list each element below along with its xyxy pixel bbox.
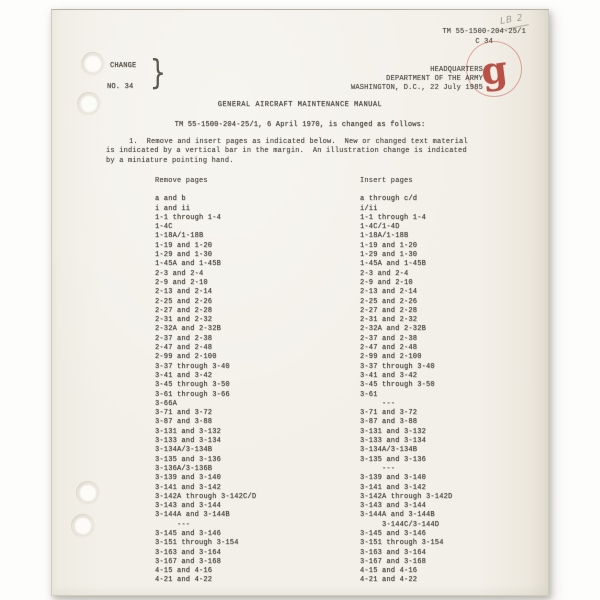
page-list-row: ---3-144C/3-144D [155,521,533,530]
page-list-row: 3-61 through 3-663-61 [155,391,533,400]
page-list-row: 3-151 through 3-1543-151 through 3-154 [155,539,533,548]
insert-page-entry: 3-151 through 3-154 [360,539,533,548]
page-list-row: 2-47 and 2-482-47 and 2-48 [155,344,533,353]
remove-page-entry: 3-41 and 3-42 [155,372,360,381]
insert-page-entry: 3-135 and 3-136 [360,456,533,465]
document-subtitle: TM 55-1500-204-25/1, 6 April 1970, is ch… [52,121,548,130]
remove-page-entry: a and b [155,195,360,204]
stamp-letter: g [479,51,509,91]
instruction-paragraph: 1. Remove and insert pages as indicated … [106,138,514,166]
page-list-row: 3-37 through 3-403-37 through 3-40 [155,363,533,372]
remove-page-entry: 3-135 and 3-136 [155,456,360,465]
remove-page-entry: 3-134A/3-134B [155,446,360,455]
page-list-row: 2-27 and 2-282-27 and 2-28 [155,307,533,316]
brace-glyph: } [150,56,166,90]
page-list-row: 3-134A/3-134B3-134A/3-134B [155,446,533,455]
page-list-row: 3-41 and 3-423-41 and 3-42 [155,372,533,381]
page-list-row: 3-145 and 3-1463-145 and 3-146 [155,530,533,539]
remove-page-entry: 3-144A and 3-144B [155,511,360,520]
remove-page-entry: 4-21 and 4-22 [155,576,360,585]
insert-page-entry: 3-61 [360,391,533,400]
remove-page-entry: 3-151 through 3-154 [155,539,360,548]
page-list-row: 1-1 through 1-41-1 through 1-4 [155,214,533,223]
insert-page-entry: 2-3 and 2-4 [360,270,533,279]
remove-page-entry: 3-131 and 3-132 [155,428,360,437]
page-list-row: 2-9 and 2-102-9 and 2-10 [155,279,533,288]
remove-page-entry: 3-143 and 3-144 [155,502,360,511]
page-list-row: 3-136A/3-136B--- [155,465,533,474]
remove-page-entry: 2-37 and 2-38 [155,335,360,344]
insert-page-entry: 2-9 and 2-10 [360,279,533,288]
remove-page-entry: 2-25 and 2-26 [155,298,360,307]
page-list-row: i and iii/ii [155,205,533,214]
insert-page-entry: 3-145 and 3-146 [360,530,533,539]
remove-page-entry: 3-133 and 3-134 [155,437,360,446]
page-list-row: 2-32A and 2-32B2-32A and 2-32B [155,325,533,334]
insert-page-entry: 4-21 and 4-22 [360,576,533,585]
insert-page-entry: i/ii [360,205,533,214]
remove-page-entry: 3-145 and 3-146 [155,530,360,539]
page-list-row: 3-135 and 3-1363-135 and 3-136 [155,456,533,465]
org-line-1: HEADQUARTERS [351,66,483,75]
change-label: CHANGE [110,62,136,71]
page-list-row: 3-144A and 3-144B3-144A and 3-144B [155,511,533,520]
insert-page-entry: 3-163 and 3-164 [360,549,533,558]
remove-page-entry: 2-99 and 2-100 [155,353,360,362]
remove-page-entry: 2-32A and 2-32B [155,325,360,334]
insert-page-entry: 3-41 and 3-42 [360,372,533,381]
page-list-row: 3-131 and 3-1323-131 and 3-132 [155,428,533,437]
remove-page-entry: 1-1 through 1-4 [155,214,360,223]
page-list-row: 1-19 and 1-201-19 and 1-20 [155,242,533,251]
remove-page-entry: 3-87 and 3-88 [155,418,360,427]
page-list: Remove pages Insert pages a and ba throu… [155,177,533,586]
change-number: NO. 34 [107,83,133,92]
paragraph-line: is indicated by a vertical bar in the ma… [106,147,514,156]
page-list-row: 4-21 and 4-224-21 and 4-22 [155,576,533,585]
insert-page-entry: 2-13 and 2-14 [360,288,533,297]
page-list-row: 3-139 and 3-1403-139 and 3-140 [155,474,533,483]
insert-page-entry: 3-144A and 3-144B [360,511,533,520]
page-list-row: 2-37 and 2-382-37 and 2-38 [155,335,533,344]
page-list-row: 2-99 and 2-1002-99 and 2-100 [155,353,533,362]
insert-page-entry: 3-37 through 3-40 [360,363,533,372]
page-list-row: 3-143 and 3-1443-143 and 3-144 [155,502,533,511]
remove-page-entry: --- [155,521,382,530]
remove-page-entry: 2-13 and 2-14 [155,288,360,297]
insert-page-entry: 3-167 and 3-168 [360,558,533,567]
document-page: LB 2 TM 55-1500-204-25/1 C 34 g CHANGE N… [51,9,549,596]
insert-page-entry: 1-29 and 1-30 [360,251,533,260]
page-list-row: a and ba through c/d [155,195,533,204]
insert-page-entry: 1-18A/1-18B [360,232,533,241]
remove-page-entry: 3-139 and 3-140 [155,474,360,483]
tm-number: TM 55-1500-204-25/1 [442,28,526,38]
insert-page-entry: 3-139 and 3-140 [360,474,533,483]
page-list-row: 1-4C1-4C/1-4D [155,223,533,232]
insert-page-entry: 3-142A through 3-142D [360,493,533,502]
insert-pages-header: Insert pages [360,177,533,186]
insert-page-entry: 2-37 and 2-38 [360,335,533,344]
page-list-header: Remove pages Insert pages [155,177,533,186]
remove-page-entry: 1-18A/1-18B [155,232,360,241]
hole-punch-icon [81,52,105,76]
org-line-2: DEPARTMENT OF THE ARMY [351,75,483,84]
remove-page-entry: i and ii [155,205,360,214]
insert-page-entry: 3-87 and 3-88 [360,418,533,427]
remove-page-entry: 3-61 through 3-66 [155,391,360,400]
hole-punch-icon [71,514,95,538]
page-list-row: 1-18A/1-18B1-18A/1-18B [155,232,533,241]
insert-page-entry: 3-133 and 3-134 [360,437,533,446]
insert-page-entry: 1-45A and 1-45B [360,260,533,269]
remove-page-entry: 3-163 and 3-164 [155,549,360,558]
page-list-row: 3-142A through 3-142C/D3-142A through 3-… [155,493,533,502]
paragraph-line: by a miniature pointing hand. [106,157,514,166]
remove-page-entry: 2-47 and 2-48 [155,344,360,353]
page-list-row: 3-66A--- [155,400,533,409]
insert-page-entry: 2-99 and 2-100 [360,353,533,362]
remove-page-entry: 3-142A through 3-142C/D [155,493,360,502]
insert-page-entry: 3-134A/3-134B [360,446,533,455]
insert-page-entry: 3-45 through 3-50 [360,381,533,390]
insert-page-entry: 3-131 and 3-132 [360,428,533,437]
remove-page-entry: 1-29 and 1-30 [155,251,360,260]
hole-punch-icon [76,481,100,505]
remove-page-entry: 3-66A [155,400,360,409]
insert-page-entry: 2-25 and 2-26 [360,298,533,307]
remove-page-entry: 3-45 through 3-50 [155,381,360,390]
page-list-row: 3-87 and 3-883-87 and 3-88 [155,418,533,427]
paragraph-line: 1. Remove and insert pages as indicated … [106,138,514,147]
insert-page-entry: 2-32A and 2-32B [360,325,533,334]
page-list-row: 3-141 and 3-1423-141 and 3-142 [155,484,533,493]
insert-page-entry: 1-1 through 1-4 [360,214,533,223]
insert-page-entry: 2-27 and 2-28 [360,307,533,316]
insert-page-entry: --- [360,465,533,474]
remove-page-entry: 3-167 and 3-168 [155,558,360,567]
insert-page-entry: 3-141 and 3-142 [360,484,533,493]
page-list-row: 3-45 through 3-503-45 through 3-50 [155,381,533,390]
remove-page-entry: 2-3 and 2-4 [155,270,360,279]
insert-page-entry: 1-19 and 1-20 [360,242,533,251]
page-list-row: 2-3 and 2-42-3 and 2-4 [155,270,533,279]
page-list-row: 2-25 and 2-262-25 and 2-26 [155,298,533,307]
insert-page-entry: a through c/d [360,195,533,204]
remove-page-entry: 3-37 through 3-40 [155,363,360,372]
org-line-3: WASHINGTON, D.C., 22 July 1985 [351,84,483,93]
insert-page-entry: 2-47 and 2-48 [360,344,533,353]
page-list-rows: a and ba through c/di and iii/ii1-1 thro… [155,195,533,585]
page-list-row: 3-133 and 3-1343-133 and 3-134 [155,437,533,446]
headquarters-block: HEADQUARTERS DEPARTMENT OF THE ARMY WASH… [351,66,483,93]
page-list-row: 1-45A and 1-45B1-45A and 1-45B [155,260,533,269]
remove-page-entry: 1-19 and 1-20 [155,242,360,251]
page-list-row: 1-29 and 1-301-29 and 1-30 [155,251,533,260]
remove-page-entry: 2-27 and 2-28 [155,307,360,316]
remove-page-entry: 3-141 and 3-142 [155,484,360,493]
page-list-row: 3-163 and 3-1643-163 and 3-164 [155,549,533,558]
remove-page-entry: 2-9 and 2-10 [155,279,360,288]
insert-page-entry: 3-144C/3-144D [382,521,533,530]
document-title: GENERAL AIRCRAFT MAINTENANCE MANUAL [52,101,548,110]
remove-page-entry: 3-136A/3-136B [155,465,360,474]
insert-page-entry: --- [360,400,533,409]
remove-pages-header: Remove pages [155,177,360,186]
page-list-row: 3-167 and 3-1683-167 and 3-168 [155,558,533,567]
page-list-row: 2-13 and 2-142-13 and 2-14 [155,288,533,297]
insert-page-entry: 3-143 and 3-144 [360,502,533,511]
remove-page-entry: 1-45A and 1-45B [155,260,360,269]
